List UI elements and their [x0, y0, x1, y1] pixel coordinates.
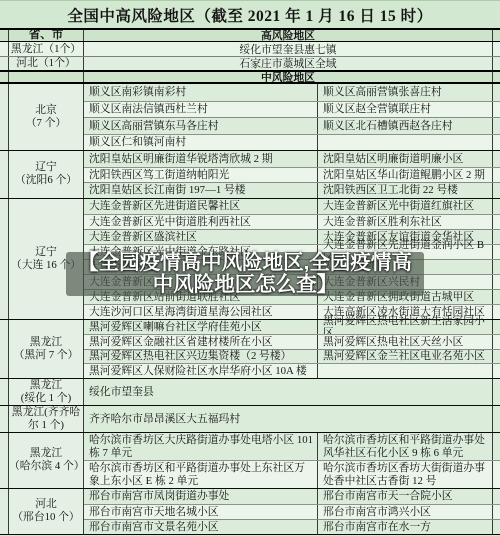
area-row: 顺义区南法信镇西杜兰村顺义区赵全营镇联庄村	[84, 101, 500, 118]
right-edge-sliver	[492, 350, 500, 364]
high-risk-section-header: 高风险地区	[84, 30, 492, 41]
right-edge-sliver	[492, 118, 500, 134]
area-row: 大连金普新区光中街道胜利西社区大连金普新区胜利东社区	[84, 214, 500, 229]
watermark-text-line2: 中风险地区怎么查】	[153, 274, 338, 296]
right-edge-sliver	[492, 335, 500, 349]
right-edge-sliver	[492, 489, 500, 504]
right-edge-sliver	[492, 135, 500, 151]
province-label-line2: （哈尔滨 4 个）	[9, 460, 83, 473]
area-row: 沈阳皇姑区明廉街道华锐塔湾欣城 2 期沈阳皇姑区明廉街道明廉小区	[84, 151, 500, 167]
area-row: 顺义区仁和镇河南村	[84, 134, 500, 151]
province-label-line1: 北京	[35, 104, 57, 117]
left-edge-sliver	[0, 379, 8, 405]
province-group-qiqihar: 黑龙江(齐齐哈尔 1 个)齐齐哈尔市昂昂溪区大五福玛村	[0, 406, 500, 433]
area-cell: 沈阳皇姑区明廉街道华锐塔湾欣城 2 期	[84, 151, 318, 167]
right-edge-sliver	[492, 199, 500, 214]
province-group-haerbin: 黑龙江（哈尔滨 4 个）哈尔滨市香坊区大庆路街道办事处电塔小区 101 栋 7 …	[0, 433, 500, 489]
area-cell: 沈阳铁西区笃工街道纳帕阳光	[84, 168, 318, 183]
right-edge-sliver	[492, 379, 500, 405]
area-cell: 顺义区高丽营镇东马各庄村	[84, 118, 318, 134]
group-rows: 齐齐哈尔市昂昂溪区大五福玛村	[84, 406, 500, 432]
mid-risk-groups: 北京（7 个）顺义区南彩镇南彩村顺义区高丽营镇张喜庄村顺义区南法信镇西杜兰村顺义…	[0, 84, 500, 535]
right-edge-sliver	[492, 230, 500, 244]
right-edge-sliver	[492, 505, 500, 519]
group-rows: 哈尔滨市香坊区大庆路街道办事处电塔小区 101 栋 7 单元哈尔滨市香坊区和平路…	[84, 433, 500, 488]
area-row: 黑河爱辉区人保财险社区水岸华府小区 10A 楼	[84, 363, 500, 378]
area-cell: 沈阳铁西区卫工北街 22 号楼	[318, 183, 492, 198]
province-label-line2: (绥化 1 个)	[21, 392, 71, 405]
province-label-line1: 辽宁	[35, 161, 57, 174]
province-label-line1: 河北	[35, 498, 57, 511]
group-rows: 顺义区南彩镇南彩村顺义区高丽营镇张喜庄村顺义区南法信镇西杜兰村顺义区赵全营镇联庄…	[84, 84, 500, 150]
area-cell: 黑河爱辉区金融社区省建材楼所在小区	[84, 335, 318, 349]
area-row: 黑河爱辉区喇嘛台社区学府佳苑小区黑河爱辉区热电社区新生活家园小区	[84, 320, 500, 335]
province-cell: 河北（邢台10 个）	[8, 489, 84, 534]
area-cell: 顺义区仁和镇河南村	[84, 135, 318, 151]
area-cell: 沈阳皇姑区长江南街 197—1 号楼	[84, 183, 318, 198]
area-cell: 大连金普新区先进街道民馨社区	[84, 199, 318, 214]
right-edge-sliver	[492, 84, 500, 101]
area-cell: 黑河爱辉区热电社区兴边集资楼（2 号楼）	[84, 350, 318, 364]
province-label-line2: （7 个）	[26, 117, 67, 130]
area-cell: 大连金普新区胜利东社区	[318, 215, 492, 229]
left-edge-sliver	[0, 320, 8, 378]
area-cell: 顺义区南法信镇西杜兰村	[84, 102, 318, 118]
right-edge-sliver	[492, 305, 500, 319]
area-cell: 邢台市南宫市文景名苑小区	[84, 520, 318, 534]
province-label-line2: （邢台10 个）	[12, 511, 79, 524]
watermark-text-line1: 【全园疫情高中风险地区,全园疫情高	[78, 252, 412, 274]
right-edge-sliver	[492, 72, 500, 82]
high-risk-row: 河北（1个）石家庄市藁城区全域	[0, 56, 500, 70]
province-cell: 辽宁（沈阳6 个）	[8, 151, 84, 198]
area-row: 哈尔滨市香坊区大庆路街道办事处电塔小区 101 栋 7 单元哈尔滨市香坊区和平路…	[84, 433, 500, 461]
left-edge-sliver	[0, 433, 8, 488]
table-header-row: 省、市 高风险地区	[0, 28, 500, 42]
area-cell: 沈阳皇姑区明廉街道明廉小区	[318, 151, 492, 167]
province-label-line1: 黑龙江(齐齐哈	[12, 406, 80, 419]
area-row: 黑河爱辉区热电社区兴边集资楼（2 号楼）黑河爱辉区金兰社区电业名苑小区	[84, 349, 500, 364]
right-edge-sliver	[492, 433, 500, 461]
area-cell: 黑河爱辉区喇嘛台社区学府佳苑小区	[84, 320, 318, 335]
area-cell: 大连金普新区光中街道胜利西社区	[84, 215, 318, 229]
group-rows: 绥化市望奎县	[84, 379, 500, 405]
area-row: 邢台市南宫市天地名城小区邢台市南宫市鸿兴小区	[84, 504, 500, 519]
province-group-heihe: 黑龙江（黑河 7 个）黑河爱辉区喇嘛台社区学府佳苑小区黑河爱辉区热电社区新生活家…	[0, 320, 500, 379]
area-cell	[318, 135, 492, 151]
right-edge-sliver	[492, 275, 500, 289]
left-edge-sliver	[0, 406, 8, 432]
province-group-xingtai: 河北（邢台10 个）邢台市南宫市凤岗街道办事处邢台市南宫市天一合院小区邢台市南宫…	[0, 489, 500, 535]
right-edge-sliver	[492, 42, 500, 56]
province-cell: 河北（1个）	[8, 57, 84, 70]
area-cell: 哈尔滨市香坊区和平路街道办事处风华社区石化小区 9 栋 6 单元	[318, 433, 492, 461]
left-edge-sliver	[0, 57, 8, 70]
right-edge-sliver	[492, 57, 500, 70]
right-edge-sliver	[492, 245, 500, 259]
area-row: 邢台市南宫市凤岗街道办事处邢台市南宫市天一合院小区	[84, 489, 500, 504]
area-cell: 齐齐哈尔市昂昂溪区大五福玛村	[84, 406, 492, 432]
right-edge-sliver	[492, 406, 500, 432]
province-label-line1: 辽宁	[35, 246, 57, 259]
province-cell: 北京（7 个）	[8, 84, 84, 150]
left-edge-sliver	[0, 72, 8, 82]
area-cell: 沈阳皇姑区华山街道鲲鹏小区 2 期	[318, 168, 492, 183]
province-group-beijing: 北京（7 个）顺义区南彩镇南彩村顺义区高丽营镇张喜庄村顺义区南法信镇西杜兰村顺义…	[0, 84, 500, 151]
province-group-suihua: 黑龙江(绥化 1 个)绥化市望奎县	[0, 379, 500, 406]
right-edge-sliver	[492, 30, 500, 41]
area-row: 哈尔滨市香坊区和平路街道办事处上东社区万象上东小区 E 栋 2 单元哈尔滨市香坊…	[84, 460, 500, 488]
right-edge-sliver	[492, 260, 500, 274]
province-label-line2: 尔 1 个)	[28, 419, 64, 432]
province-label-line1: 黑龙江	[30, 379, 62, 392]
area-cell: 绥化市望奎县惠七镇	[84, 42, 492, 56]
area-cell: 黑河爱辉区热电社区天丝小区	[318, 335, 492, 349]
area-row: 顺义区南彩镇南彩村顺义区高丽营镇张喜庄村	[84, 84, 500, 101]
left-edge-sliver	[0, 151, 8, 198]
right-edge-sliver	[492, 520, 500, 534]
right-edge-sliver	[492, 151, 500, 167]
left-edge-sliver	[0, 84, 8, 150]
province-cell: 黑龙江(绥化 1 个)	[8, 379, 84, 405]
group-rows: 邢台市南宫市凤岗街道办事处邢台市南宫市天一合院小区邢台市南宫市天地名城小区邢台市…	[84, 489, 500, 534]
right-edge-sliver	[492, 461, 500, 488]
area-row: 沈阳皇姑区长江南街 197—1 号楼沈阳铁西区卫工北街 22 号楼	[84, 182, 500, 198]
left-edge-sliver	[0, 199, 8, 319]
province-label-line1: 黑龙江	[30, 447, 62, 460]
province-cell: 黑龙江(齐齐哈尔 1 个)	[8, 406, 84, 432]
mid-risk-section-header: 中风险地区	[84, 72, 492, 82]
area-cell: 顺义区高丽营镇张喜庄村	[318, 84, 492, 101]
area-row: 黑河爱辉区金融社区省建材楼所在小区黑河爱辉区热电社区天丝小区	[84, 334, 500, 349]
area-cell: 哈尔滨市香坊区香坊大街街道办事处香中社区古香街 12 号	[318, 461, 492, 488]
area-cell: 黑河爱辉区人保财险社区水岸华府小区 10A 楼	[84, 364, 318, 378]
province-cell: 黑龙江（黑河 7 个）	[8, 320, 84, 378]
area-cell	[318, 364, 492, 378]
province-label-line2: （沈阳6 个）	[15, 174, 77, 187]
area-cell: 大连金普新区光中街道红旗社区	[318, 199, 492, 214]
area-row: 绥化市望奎县	[84, 379, 500, 405]
right-edge-sliver	[492, 215, 500, 229]
left-edge-sliver	[0, 42, 8, 56]
high-risk-row: 黑龙江（1个）绥化市望奎县惠七镇	[0, 42, 500, 56]
area-cell: 黑河爱辉区热电社区新生活家园小区	[318, 320, 492, 335]
area-cell: 顺义区赵全营镇联庄村	[318, 102, 492, 118]
high-risk-rows: 黑龙江（1个）绥化市望奎县惠七镇河北（1个）石家庄市藁城区全域	[0, 42, 500, 70]
area-row: 邢台市南宫市文景名苑小区邢台市南宫市在水一方	[84, 519, 500, 534]
province-cell-empty	[8, 72, 84, 82]
province-cell: 黑龙江（1个）	[8, 42, 84, 56]
area-row: 大连金普新区先进街道民馨社区大连金普新区光中街道红旗社区	[84, 199, 500, 214]
area-cell: 顺义区北石槽镇西赵各庄村	[318, 118, 492, 134]
right-edge-sliver	[492, 102, 500, 118]
watermark-overlay: 【全园疫情高中风险地区,全园疫情高 中风险地区怎么查】	[66, 252, 424, 296]
mid-risk-header-row: 中风险地区	[0, 70, 500, 84]
province-label-line2: （黑河 7 个）	[14, 349, 79, 362]
right-edge-sliver	[492, 290, 500, 304]
area-cell: 大连沙河口区星海湾街道星海公园社区	[84, 305, 318, 319]
area-row: 顺义区高丽营镇东马各庄村顺义区北石槽镇西赵各庄村	[84, 117, 500, 134]
area-cell: 邢台市南宫市鸿兴小区	[318, 505, 492, 519]
area-cell: 邢台市南宫市凤岗街道办事处	[84, 489, 318, 504]
right-edge-sliver	[492, 320, 500, 335]
province-group-shenyang: 辽宁（沈阳6 个）沈阳皇姑区明廉街道华锐塔湾欣城 2 期沈阳皇姑区明廉街道明廉小…	[0, 151, 500, 199]
right-edge-sliver	[492, 168, 500, 183]
area-cell: 顺义区南彩镇南彩村	[84, 84, 318, 101]
left-edge-sliver	[0, 30, 8, 41]
area-cell: 黑河爱辉区金兰社区电业名苑小区	[318, 350, 492, 364]
area-cell: 哈尔滨市香坊区大庆路街道办事处电塔小区 101 栋 7 单元	[84, 433, 318, 461]
province-column-header: 省、市	[8, 30, 84, 41]
right-edge-sliver	[492, 364, 500, 378]
group-rows: 黑河爱辉区喇嘛台社区学府佳苑小区黑河爱辉区热电社区新生活家园小区黑河爱辉区金融社…	[84, 320, 500, 378]
table-title: 全国中高风险地区（截至 2021 年 1 月 16 日 15 时）	[0, 0, 500, 28]
group-rows: 沈阳皇姑区明廉街道华锐塔湾欣城 2 期沈阳皇姑区明廉街道明廉小区沈阳铁西区笃工街…	[84, 151, 500, 198]
area-cell: 石家庄市藁城区全域	[84, 57, 492, 70]
risk-area-table-screenshot: 全国中高风险地区（截至 2021 年 1 月 16 日 15 时） 省、市 高风…	[0, 0, 500, 536]
province-cell: 黑龙江（哈尔滨 4 个）	[8, 433, 84, 488]
area-cell: 邢台市南宫市天一合院小区	[318, 489, 492, 504]
area-cell: 邢台市南宫市在水一方	[318, 520, 492, 534]
province-label-line1: 黑龙江	[30, 336, 62, 349]
left-edge-sliver	[0, 489, 8, 534]
area-cell: 邢台市南宫市天地名城小区	[84, 505, 318, 519]
area-cell: 哈尔滨市香坊区和平路街道办事处上东社区万象上东小区 E 栋 2 单元	[84, 461, 318, 488]
area-row: 齐齐哈尔市昂昂溪区大五福玛村	[84, 406, 500, 432]
right-edge-sliver	[492, 183, 500, 198]
table-title-text: 全国中高风险地区（截至 2021 年 1 月 16 日 15 时）	[67, 4, 432, 26]
area-cell: 绥化市望奎县	[84, 379, 492, 405]
area-cell: 大连金普新区盛滨社区	[84, 230, 318, 244]
area-row: 沈阳铁西区笃工街道纳帕阳光沈阳皇姑区华山街道鲲鹏小区 2 期	[84, 167, 500, 183]
